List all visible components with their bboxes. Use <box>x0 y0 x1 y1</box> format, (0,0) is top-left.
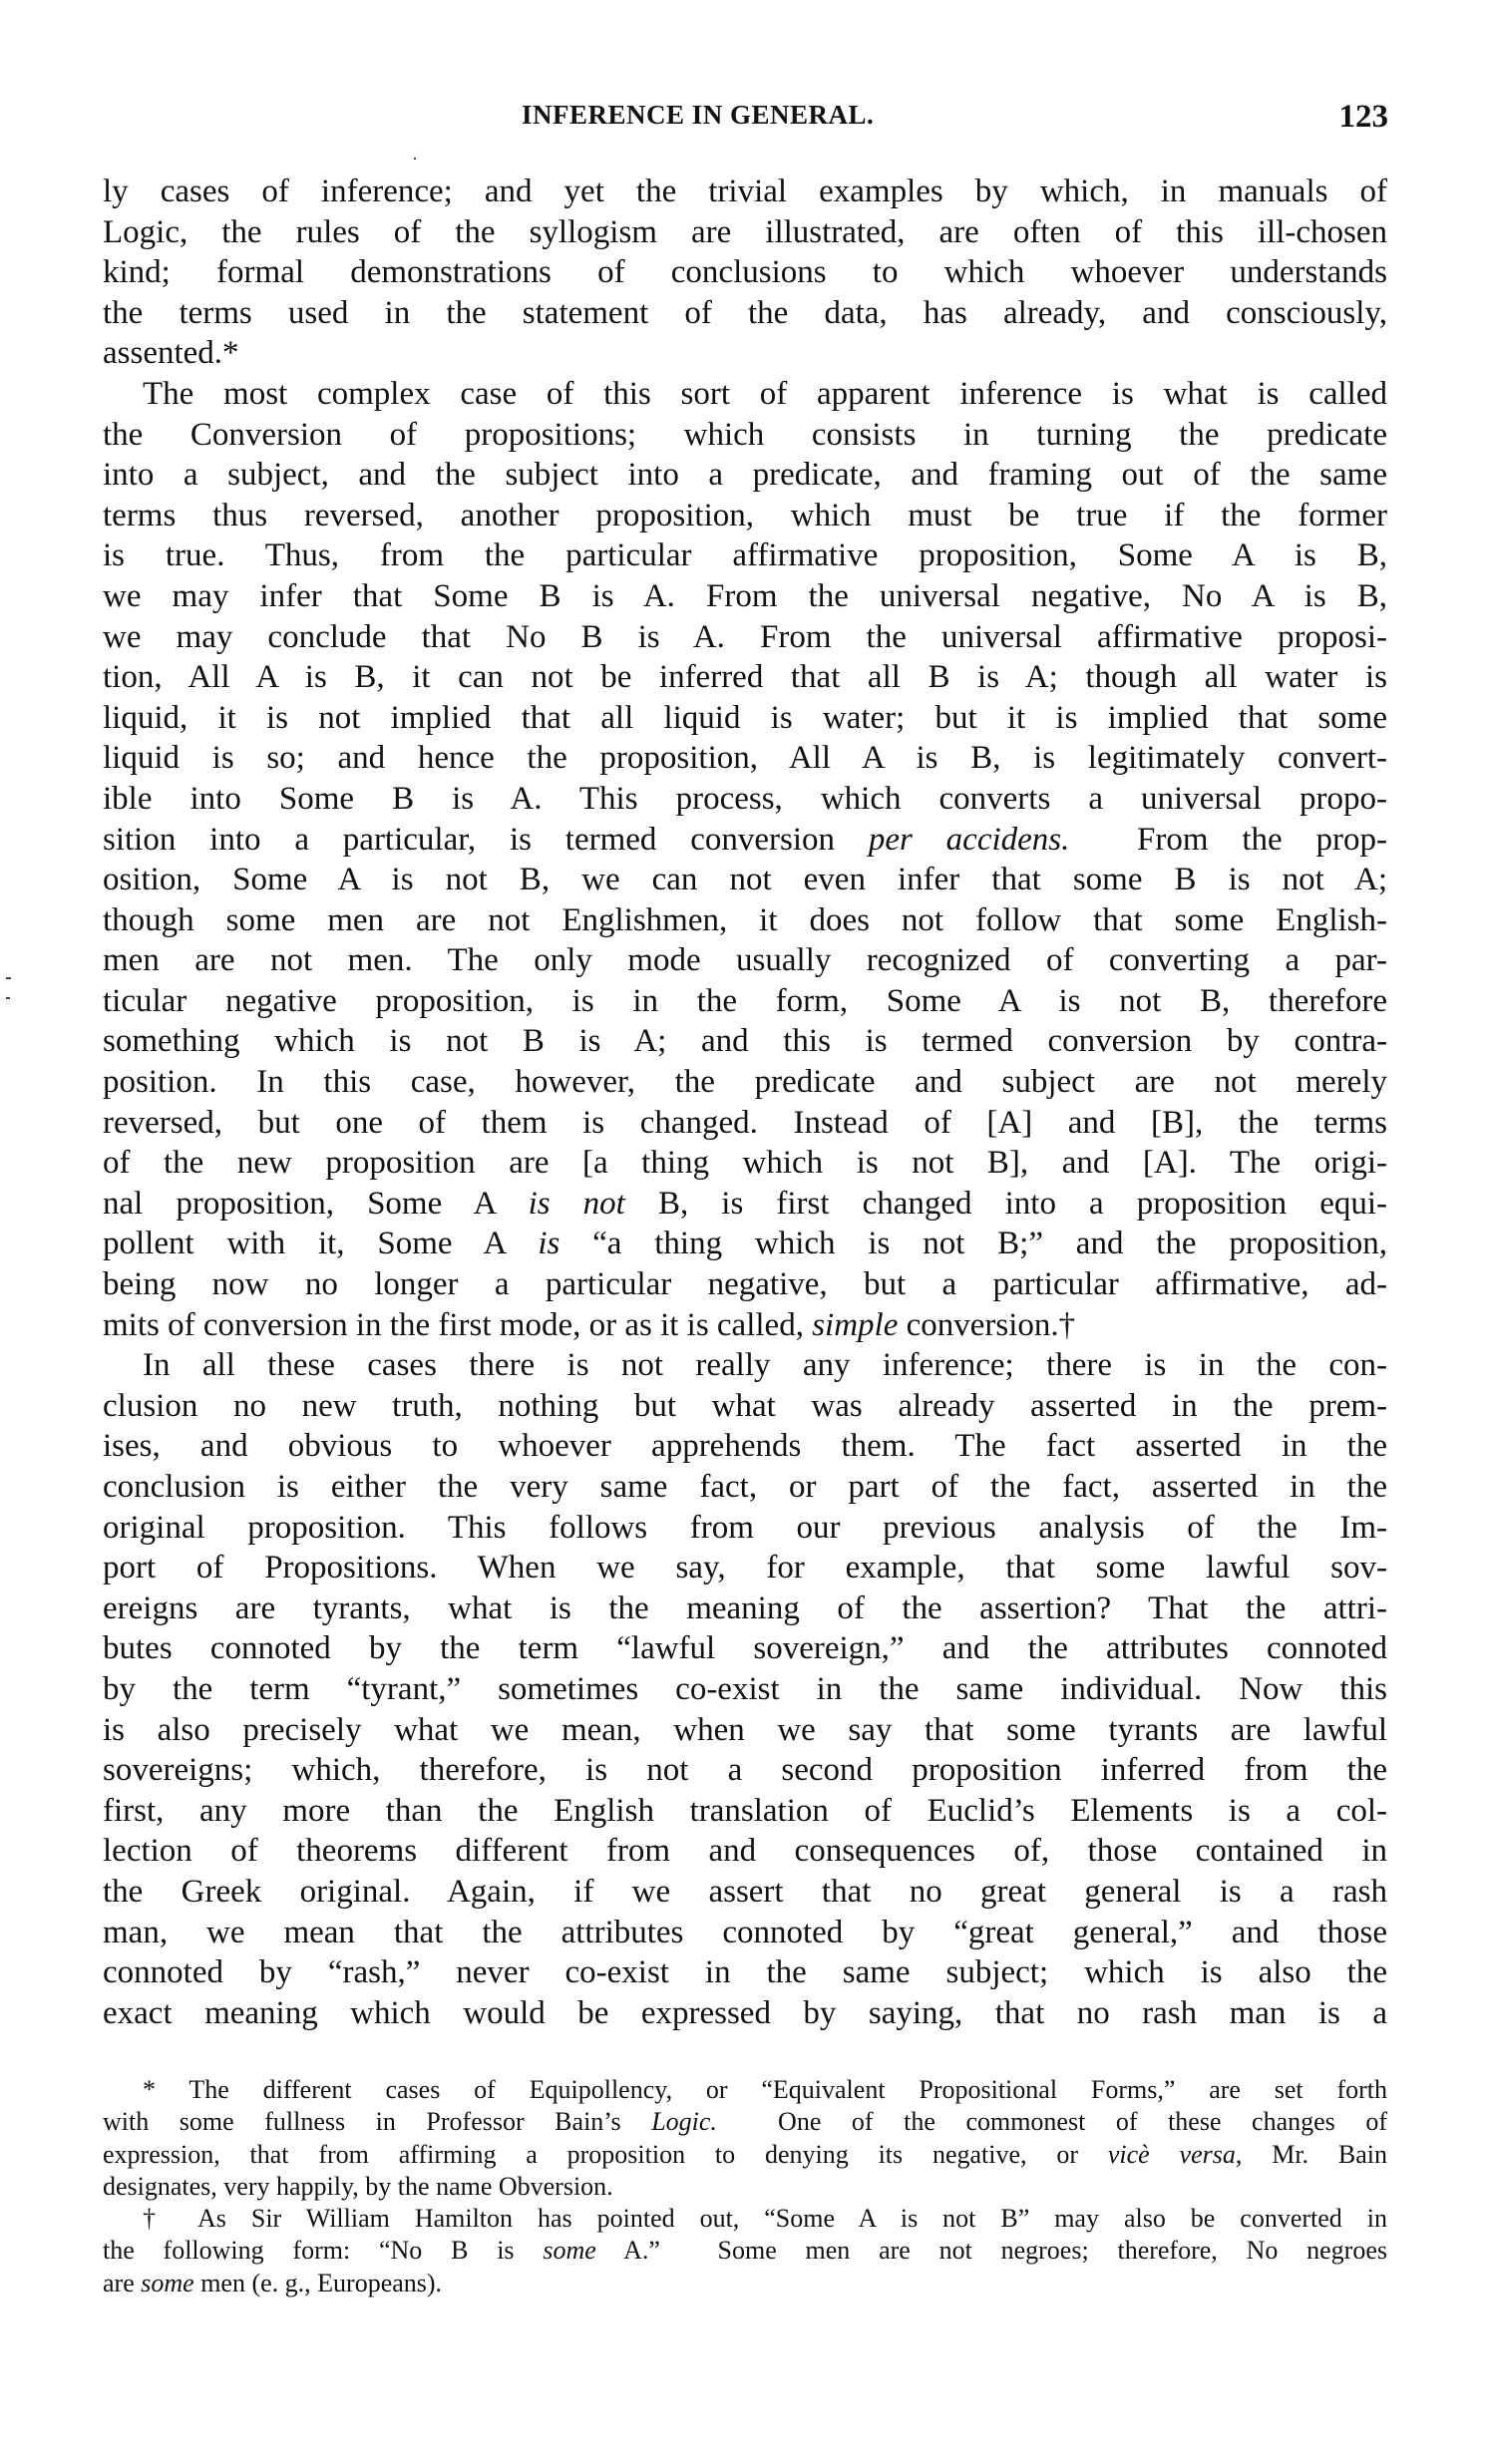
footnote-line: are some men (e. g., Europeans). <box>103 2268 1387 2299</box>
margin-mark <box>6 977 11 979</box>
text-run: , Mr. Bain <box>1236 2140 1387 2169</box>
text-line: Logic, the rules of the syllogism are il… <box>103 212 1387 253</box>
footnote-line: * The different cases of Equipollency, o… <box>103 2074 1387 2106</box>
italic-run: simple <box>812 1307 898 1343</box>
margin-mark <box>6 997 10 999</box>
footnotes: * The different cases of Equipollency, o… <box>103 2074 1387 2299</box>
text-run: From the prop- <box>1069 822 1387 858</box>
text-run: are <box>103 2269 141 2297</box>
text-line: original proposition. This follows from … <box>103 1508 1387 1549</box>
text-line: the terms used in the statement of the d… <box>103 293 1387 334</box>
text-line: by the term “tyrant,” sometimes co-exist… <box>103 1669 1387 1710</box>
text-line: connoted by “rash,” never co-exist in th… <box>103 1952 1387 1993</box>
text-line: into a subject, and the subject into a p… <box>103 455 1387 496</box>
text-line: we may conclude that No B is A. From the… <box>103 617 1387 658</box>
footnote-line: the following form: “No B is some A.” So… <box>103 2235 1387 2267</box>
text-line: The most complex case of this sort of ap… <box>103 374 1387 415</box>
italic-run: is <box>538 1226 559 1261</box>
footnote-line: designates, very happily, by the name Ob… <box>103 2171 1387 2203</box>
text-line: reversed, but one of them is changed. In… <box>103 1103 1387 1144</box>
text-line: ly cases of inference; and yet the trivi… <box>103 172 1387 212</box>
text-line: something which is not B is A; and this … <box>103 1021 1387 1062</box>
text-line: first, any more than the English transla… <box>103 1791 1387 1832</box>
text-line: lection of theorems different from and c… <box>103 1831 1387 1872</box>
text-run: mits of conversion in the first mode, or… <box>103 1307 812 1343</box>
text-run: the following form: “No B is <box>103 2236 543 2265</box>
text-line: assented.* <box>103 333 1387 374</box>
text-line: of the new proposition are [a thing whic… <box>103 1143 1387 1184</box>
text-line: ises, and obvious to whoever apprehends … <box>103 1426 1387 1467</box>
text-line: exact meaning which would be expressed b… <box>103 1993 1387 2034</box>
text-line: position. In this case, however, the pre… <box>103 1062 1387 1103</box>
italic-run: is not <box>529 1186 625 1222</box>
page-number: 123 <box>1326 100 1388 134</box>
text-line: sovereigns; which, therefore, is not a s… <box>103 1750 1387 1791</box>
text-run: conversion.† <box>898 1307 1075 1343</box>
text-line: clusion no new truth, nothing but what w… <box>103 1386 1387 1427</box>
text-line: ereigns are tyrants, what is the meaning… <box>103 1588 1387 1629</box>
text-run: nal proposition, Some A <box>103 1186 529 1222</box>
italic-run: Logic. <box>651 2107 717 2136</box>
text-run: A.” Some men are not negroes; therefore,… <box>596 2236 1387 2265</box>
text-run: B, is first changed into a proposition e… <box>625 1186 1387 1222</box>
text-line: port of Propositions. When we say, for e… <box>103 1548 1387 1588</box>
text-line: the Greek original. Again, if we assert … <box>103 1872 1387 1913</box>
italic-run: per accidens. <box>869 822 1070 858</box>
text-run: One of the commonest of these changes of <box>717 2107 1387 2136</box>
text-line: liquid, it is not implied that all liqui… <box>103 698 1387 739</box>
footnote-line: expression, that from affirming a propos… <box>103 2139 1387 2171</box>
text-line: nal proposition, Some A is not B, is fir… <box>103 1184 1387 1225</box>
text-line: osition, Some A is not B, we can not eve… <box>103 860 1387 900</box>
text-line: kind; formal demonstrations of conclusio… <box>103 252 1387 293</box>
text-line: In all these cases there is not really a… <box>103 1345 1387 1386</box>
text-line: men are not men. The only mode usually r… <box>103 940 1387 981</box>
text-line: liquid is so; and hence the proposition,… <box>103 738 1387 779</box>
body-text: ly cases of inference; and yet the trivi… <box>103 172 1387 2033</box>
text-line: butes connoted by the term “lawful sover… <box>103 1628 1387 1669</box>
text-run: expression, that from affirming a propos… <box>103 2140 1108 2169</box>
italic-run: some <box>543 2236 595 2265</box>
text-line: we may infer that Some B is A. From the … <box>103 576 1387 617</box>
text-run: sition into a particular, is termed conv… <box>103 822 869 858</box>
text-run: “a thing which is not B;” and the propos… <box>559 1226 1387 1261</box>
running-title: INFERENCE IN GENERAL. <box>522 100 960 130</box>
text-line: conclusion is either the very same fact,… <box>103 1467 1387 1508</box>
footnote-line: with some fullness in Professor Bain’s L… <box>103 2106 1387 2138</box>
text-line: the Conversion of propositions; which co… <box>103 415 1387 456</box>
footnote-line: † As Sir William Hamilton has pointed ou… <box>103 2203 1387 2235</box>
text-line: sition into a particular, is termed conv… <box>103 820 1387 861</box>
italic-run: vicè versa <box>1108 2140 1236 2169</box>
text-line: is also precisely what we mean, when we … <box>103 1710 1387 1751</box>
text-line: pollent with it, Some A is “a thing whic… <box>103 1224 1387 1264</box>
text-line: tion, All A is B, it can not be inferred… <box>103 657 1387 698</box>
text-line: is true. Thus, from the particular affir… <box>103 535 1387 576</box>
text-line: ible into Some B is A. This process, whi… <box>103 779 1387 820</box>
text-run: pollent with it, Some A <box>103 1226 538 1261</box>
text-line: terms thus reversed, another proposition… <box>103 496 1387 536</box>
text-run: with some fullness in Professor Bain’s <box>103 2107 651 2136</box>
text-line: man, we mean that the attributes connote… <box>103 1913 1387 1953</box>
text-line: though some men are not Englishmen, it d… <box>103 900 1387 941</box>
text-line: mits of conversion in the first mode, or… <box>103 1305 1387 1346</box>
text-line: being now no longer a particular negativ… <box>103 1264 1387 1305</box>
text-run: men (e. g., Europeans). <box>194 2269 442 2297</box>
italic-run: some <box>141 2269 193 2297</box>
text-line: ticular negative proposition, is in the … <box>103 981 1387 1022</box>
scan-speck <box>414 158 416 160</box>
